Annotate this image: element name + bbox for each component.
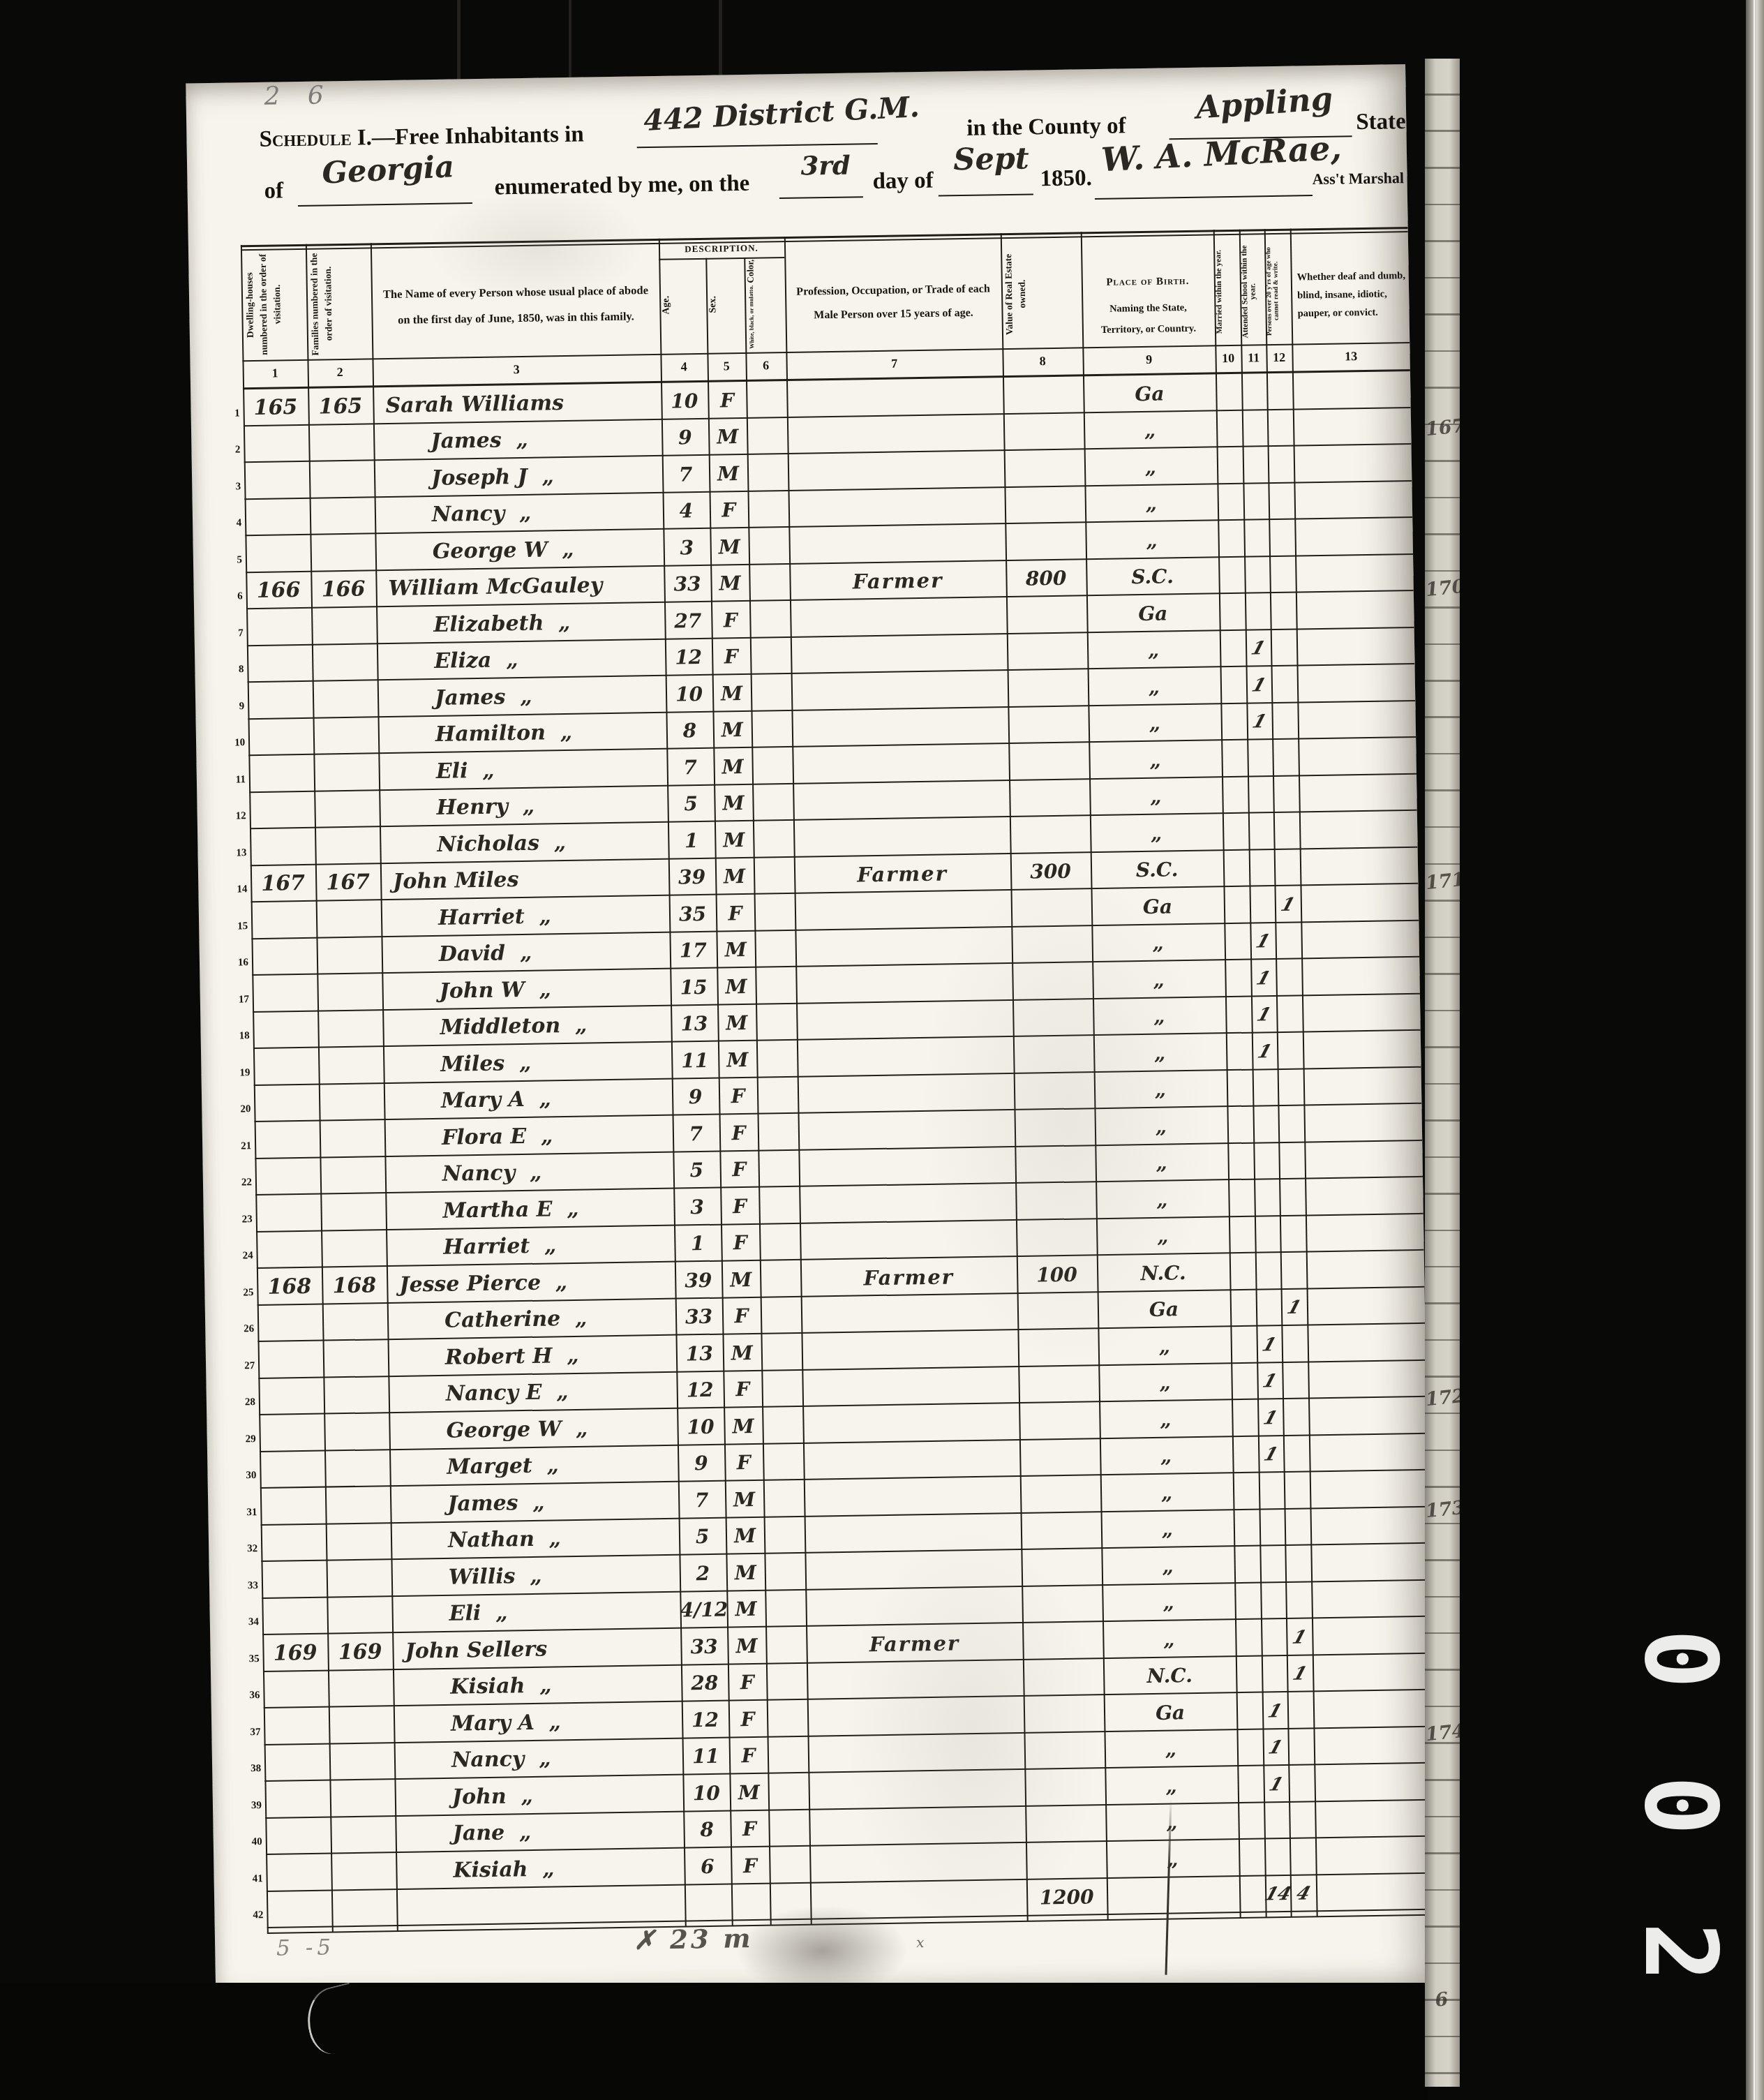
birthplace-value: „ [1084,413,1217,447]
family-number: 167 [317,866,380,899]
real-estate-value: 300 [1010,855,1091,888]
person-name: Nancy E „ [391,1374,726,1412]
marshal-signature: W. A. McRae, [1100,131,1318,180]
margin-page-number: 174 [1425,1721,1458,1746]
dwelling-number [257,1234,320,1267]
col-header-birth: Place of Birth. Naming the State, Territ… [1087,275,1209,341]
family-number [328,1599,391,1632]
person-name: Marget „ [392,1447,727,1485]
age-value: 7 [673,1117,720,1150]
occupation-value [793,820,1010,856]
family-number [325,1416,388,1449]
col-header-color-sub: White, black, or mulatto. [747,285,755,349]
row-number: 41 [245,1873,263,1885]
sex-value: M [723,1336,762,1369]
occupation-value [798,1076,1015,1112]
birthplace-value: „ [1098,1330,1231,1364]
sex-value: F [712,641,751,673]
person-name: Jane „ [398,1813,733,1851]
signature-underline [1095,195,1313,200]
age-value: 7 [666,751,714,784]
col-header-birth-title: Place of Birth. [1087,275,1209,289]
blank-underline [779,196,863,199]
age-value: 10 [661,385,708,417]
dwelling-number [254,1014,317,1047]
row-number: 14 [229,884,247,895]
col-number-4: 4 [660,354,708,380]
birthplace-value: „ [1089,780,1223,814]
real-estate-value [1021,1551,1102,1585]
birthplace-value: „ [1095,1146,1228,1180]
col-number-8: 8 [1002,348,1083,374]
age-value: 12 [682,1704,729,1736]
sex-value: M [710,530,749,563]
sex-value: F [729,1740,768,1773]
dwelling-number [267,1783,329,1816]
row-number: 3 [223,481,241,493]
birthplace-value: „ [1093,999,1226,1034]
age-value: 2 [679,1557,726,1590]
dwelling-number [267,1820,329,1853]
col-header-read: Persons over 20 y'rs of age who cannot r… [1266,241,1290,342]
dwelling-number [246,464,308,497]
row-number: 35 [241,1653,260,1665]
family-number [311,463,373,496]
person-name: Middleton „ [385,1008,720,1045]
occupation-value [798,1112,1015,1148]
birthplace-value: „ [1089,743,1222,777]
person-name: Kisiah „ [396,1667,731,1704]
occupation-value: Farmer [789,563,1006,599]
family-number [318,976,381,1009]
birthplace-value: „ [1096,1219,1229,1253]
birthplace-value: „ [1105,1732,1238,1766]
occupation-value [800,1223,1017,1258]
stamp-digit: 0 [1641,1607,1718,1711]
real-estate-value [1003,415,1084,449]
row-number: 30 [238,1470,256,1482]
dwelling-number [256,1161,319,1193]
row-number: 4 [223,517,241,529]
occupation-value [787,417,1004,452]
real-estate-value [1024,1734,1105,1768]
margin-page-number: 172 [1425,1386,1458,1411]
real-estate-value [1015,1112,1096,1145]
real-estate-value [1009,782,1090,815]
sex-value: M [717,1007,756,1040]
sex-value: M [708,421,747,454]
dwelling-number [266,1747,329,1780]
row-number: 32 [239,1543,257,1555]
real-estate-value [1019,1405,1100,1438]
age-value: 13 [676,1337,724,1370]
birthplace-value: „ [1087,633,1220,667]
age-value: 5 [673,1154,720,1187]
age-value: 10 [666,678,713,710]
person-name: John Sellers [395,1631,685,1668]
age-value [685,1886,732,1919]
marshal-title: Ass't Marshal [1312,169,1404,188]
real-estate-value [1012,1001,1093,1035]
sex-value: F [711,604,750,636]
age-value: 3 [673,1191,721,1223]
row-number: 7 [225,627,243,639]
dwelling-number [260,1343,322,1376]
sex-value: F [719,1117,758,1149]
row-number: 37 [242,1727,260,1738]
birthplace-value: Ga [1091,890,1225,924]
person-name: Hamilton „ [381,715,716,752]
dwelling-number [251,831,314,863]
family-number [327,1526,390,1558]
pencil-note-bottom-center: ✗ 23 m [634,1923,754,1956]
age-value: 11 [682,1741,730,1773]
adjacent-page-edge: 167 170 171 172 173 174 6 [1425,59,1460,2087]
dwelling-number [260,1417,323,1450]
birthplace-value: „ [1090,817,1223,851]
row-number: 42 [245,1909,263,1921]
family-number: 166 [312,573,375,606]
sex-value: M [729,1776,768,1809]
family-number [328,1563,391,1595]
occupation-value [786,380,1003,416]
real-estate-value [1008,708,1089,742]
birthplace-value: „ [1088,670,1221,704]
col-header-name: The Name of every Person whose usual pla… [376,277,656,334]
sex-value: M [724,1410,763,1443]
real-estate-value [1025,1808,1106,1841]
dwelling-number [256,1124,319,1156]
col-number-5: 5 [707,353,746,379]
col-header-color-main: Color, [745,260,756,283]
row-number: 8 [225,664,244,676]
person-name: Harriet „ [384,898,719,935]
real-estate-value [1011,892,1092,925]
age-value: 8 [683,1814,731,1847]
person-name: Mary A „ [396,1704,731,1741]
pencil-note-top: 2 6 [264,81,334,111]
row-number: 18 [232,1030,250,1042]
family-number [331,1782,394,1815]
schedule-label: Schedule I. [259,125,372,152]
occupation-value [808,1736,1025,1771]
row-number: 27 [237,1360,255,1372]
person-name: Sarah Williams [375,385,666,422]
real-estate-value: 1200 [1026,1881,1107,1914]
birthplace-value: „ [1098,1366,1232,1400]
person-name: Eli „ [381,751,716,789]
age-value: 10 [682,1777,730,1810]
family-number [331,1819,394,1852]
dwelling-number: 169 [264,1637,327,1669]
dwelling-number [248,648,311,680]
family-number [311,500,374,533]
occupation-value [791,636,1008,672]
family-number: 165 [309,390,372,423]
sex-value: M [710,567,749,600]
occupation-value: Farmer [794,856,1011,892]
person-name: John „ [397,1777,732,1815]
year-text: 1850. [1040,165,1092,192]
birthplace-value: „ [1102,1623,1236,1657]
dwelling-number [265,1710,328,1743]
state-handwritten: Georgia [304,149,472,192]
of-word: of [264,178,283,204]
schedule-title: Schedule I.—Free Inhabitants in [259,122,584,153]
real-estate-value: 100 [1017,1258,1098,1292]
col-number-6: 6 [745,352,786,378]
person-name: Mary A „ [387,1081,722,1119]
real-estate-value [1021,1514,1102,1548]
pencil-mark-x: x [916,1934,925,1951]
dwelling-number [245,428,308,461]
sex-value: M [726,1556,765,1589]
sex-value: F [730,1813,769,1846]
birthplace-value: „ [1105,1805,1239,1840]
sex-value: M [725,1483,764,1516]
person-name: Elizabeth „ [379,604,714,642]
row-number: 22 [234,1177,252,1189]
dwelling-number [255,1087,318,1120]
real-estate-value [1015,1148,1096,1182]
occupation-value [801,1296,1018,1332]
family-number [321,1123,384,1156]
age-value: 9 [678,1447,725,1480]
age-value: 7 [662,458,710,491]
row-number: 6 [225,590,243,602]
col-number-11: 11 [1241,345,1266,371]
sex-value: F [721,1227,760,1260]
birthplace-value: Ga [1098,1293,1231,1327]
age-value: 1 [674,1228,722,1260]
real-estate-value [1007,635,1088,669]
real-estate-value [1026,1845,1107,1878]
sex-value: M [722,1263,761,1296]
col-number-3: 3 [372,355,661,384]
age-value: 12 [665,641,712,674]
occupation-value [788,454,1005,489]
family-number [329,1672,392,1705]
district-handwritten: 442 District G.M. [643,92,874,137]
sex-value: M [709,457,748,490]
person-name: Joseph J „ [377,458,712,496]
real-estate-value [1011,928,1092,962]
dwelling-number [255,1050,317,1083]
person-name: George W „ [378,531,712,569]
real-estate-value [1008,745,1089,779]
birthplace-value [1107,1879,1240,1913]
margin-page-number: 167 [1425,416,1458,441]
real-estate-value [1016,1221,1097,1255]
occupation-value [797,1040,1014,1075]
dwelling-number [257,1197,320,1230]
family-number [324,1379,387,1412]
row-number: 13 [228,847,246,859]
age-value: 1 [668,824,715,857]
sex-value: F [716,897,755,930]
family-number: 168 [323,1269,386,1302]
birthplace-value: „ [1091,926,1225,960]
col-header-married: Married within the year. [1215,241,1239,343]
dwelling-number: 165 [244,391,307,424]
occupation-value [798,1149,1015,1185]
family-number [321,1159,384,1192]
stamp-digit: 0 [1641,1753,1718,1858]
person-name: David „ [384,934,719,972]
row-number: 21 [233,1140,251,1152]
age-value: 9 [672,1081,719,1114]
state-word: State [1356,109,1406,135]
age-value: 8 [666,715,714,747]
row-number: 38 [243,1763,261,1775]
birthplace-value: „ [1094,1073,1227,1107]
row-number: 24 [234,1250,253,1262]
birthplace-value: „ [1106,1842,1239,1877]
schedule-rest: —Free Inhabitants in [372,122,584,151]
dwelling-number [262,1527,325,1560]
margin-page-number: 6 [1425,1988,1458,2013]
sex-value: M [726,1593,765,1626]
family-number [317,903,380,936]
real-estate-value: 800 [1006,562,1086,595]
col-header-dwelling: Dwelling-houses numbered in the order of… [242,251,306,358]
dwelling-number [246,501,309,534]
county-prefix: in the County of [966,113,1126,142]
real-estate-value [1020,1478,1101,1512]
age-value: 15 [670,971,717,1004]
occupation-value [807,1699,1024,1734]
birthplace-value: „ [1084,450,1218,484]
sex-value: M [717,970,756,1003]
sex-value: F [723,1373,762,1406]
family-number [332,1856,395,1889]
dwelling-number [249,684,312,717]
col-header-sex: Sex. [707,258,744,352]
sex-value: F [728,1703,768,1736]
person-name: Jesse Pierce „ [389,1265,680,1302]
col-number-1: 1 [242,360,308,386]
birthplace-value: S.C. [1091,853,1224,887]
dwelling-number: 167 [252,867,315,900]
sex-value: M [713,750,752,783]
family-number [315,757,378,789]
dwelling-number: 166 [247,574,310,607]
age-value: 7 [678,1484,726,1517]
age-value: 17 [669,934,717,967]
birthplace-value: „ [1099,1403,1232,1437]
sex-value: M [714,787,753,820]
person-name: James „ [393,1484,728,1521]
occupation-value [792,747,1009,782]
occupation-value [795,967,1012,1002]
row-number: 34 [241,1616,259,1628]
stamp-digit: 2 [1641,1900,1718,2004]
age-value: 3 [663,531,710,564]
dwelling-number [253,904,315,937]
birthplace-value: „ [1105,1769,1238,1803]
county-handwritten: Appling [1176,79,1352,128]
dwelling-number [250,757,313,790]
occupation-value [808,1772,1025,1808]
row-number: 20 [232,1103,251,1115]
sex-value [731,1886,770,1919]
person-name: Willis „ [394,1557,729,1595]
occupation-value [805,1589,1022,1625]
family-number [324,1343,387,1376]
birthplace-value: „ [1085,523,1218,558]
sex-value: F [708,384,747,417]
age-value: 33 [675,1301,723,1334]
dwelling-number [251,794,313,827]
sex-value: F [710,494,749,527]
real-estate-value [1017,1332,1098,1365]
birthplace-value: „ [1093,1036,1227,1071]
birthplace-value: Ga [1086,597,1220,631]
person-name: Robert H „ [391,1337,726,1375]
family-number [322,1196,384,1229]
col-header-families: Families numbered in the order of visita… [307,250,371,357]
real-estate-value [1005,489,1086,522]
dwelling-number [267,1856,330,1889]
age-value: 39 [668,861,716,894]
family-number [326,1452,389,1485]
real-estate-value [1024,1771,1105,1805]
age-value: 6 [684,1850,731,1883]
person-name: Miles „ [386,1044,721,1082]
age-value: 9 [661,422,709,454]
family-number [310,426,373,459]
person-name: Eliza „ [380,641,715,679]
frame-number-stamp: 0 0 2 [1627,1621,1732,1990]
person-name: Eli „ [394,1594,729,1632]
real-estate-value [1022,1625,1103,1658]
occupation-value: Farmer [800,1259,1017,1295]
sex-value: M [712,677,752,710]
family-number [333,1892,396,1925]
age-value: 4/12 [680,1594,727,1627]
film-edge-strip [1746,0,1764,2100]
real-estate-value [1006,599,1087,632]
real-estate-value [1019,1441,1100,1475]
dwelling-number: 168 [258,1270,321,1303]
col-header-profession: Profession, Occupation, or Trade of each… [791,277,996,328]
family-number [320,1050,382,1082]
occupation-value [795,930,1012,965]
row-number: 31 [239,1507,257,1519]
col-number-7: 7 [786,349,1003,378]
row-number: 23 [234,1214,253,1226]
col-number-12: 12 [1266,345,1292,371]
age-value: 12 [676,1374,724,1407]
age-value: 13 [671,1008,718,1041]
age-value: 27 [664,604,712,637]
occupation-value [788,527,1006,563]
census-scan: 2 6 Schedule I.—Free Inhabitants in 442 … [0,0,1764,2100]
col-header-birth-sub: Naming the State, Territory, or Country. [1087,297,1209,341]
age-value: 28 [681,1667,728,1700]
margin-page-number: 170 [1425,576,1458,602]
occupation-value [802,1332,1019,1368]
real-estate-value [1004,452,1085,486]
real-estate-value [1024,1698,1105,1732]
blank-underline [637,143,878,149]
sex-value: F [719,1080,758,1113]
family-number [327,1489,389,1522]
birthplace-value: N.C. [1103,1659,1236,1693]
occupation-value [809,1845,1026,1881]
day-of-text: day of [872,168,934,195]
dwelling-number [259,1307,322,1340]
